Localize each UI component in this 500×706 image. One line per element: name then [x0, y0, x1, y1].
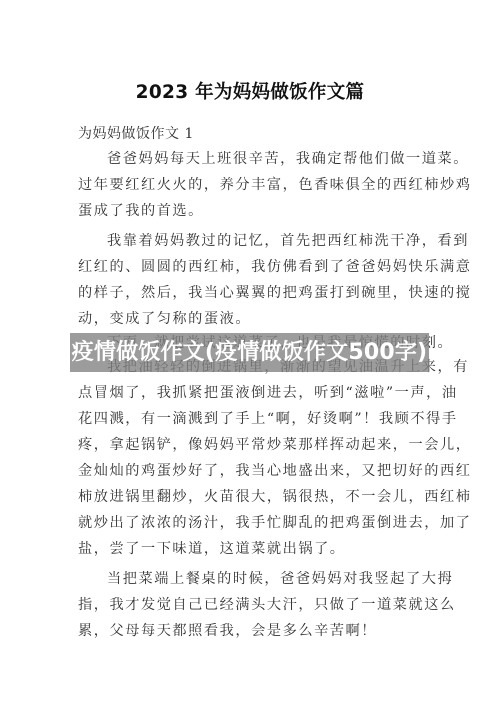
text-line: 就炒出了浓浓的汤汁，我手忙脚乱的把鸡蛋倒进去，加了 [78, 514, 426, 532]
text-line: 点冒烟了，我抓紧把蛋液倒进去，听到“滋啦”一声，油 [78, 384, 426, 402]
text-line: 盐，尝了一下味道，这道菜就出锅了。 [78, 540, 426, 558]
text-line: 过年要红红火火的，养分丰富，色香味俱全的西红柿炒鸡 [78, 176, 426, 194]
text-line: 疼，拿起锅铲，像妈妈平常炒菜那样挥动起来，一会儿， [78, 436, 426, 454]
text-line: 柿放进锅里翻炒，火苗很大，锅很热，不一会儿，西红柿 [78, 488, 426, 506]
text-line: 指，我才发觉自己已经满头大汗，只做了一道菜就这么 [78, 596, 426, 614]
overlay-banner-title: 疫情做饭作文(疫情做饭作文500字) [70, 333, 429, 372]
essay-subtitle: 为妈妈做饭作文 1 [78, 123, 194, 143]
text-line: 花四溅，有一滴溅到了手上“啊，好烫啊”！我顾不得手 [78, 410, 426, 428]
document-title: 2023 年为妈妈做饭作文篇 [0, 78, 500, 104]
text-line: 累，父母每天都照看我，会是多么辛苦啊！ [78, 622, 426, 640]
text-line: 爸爸妈妈每天上班很辛苦，我确定帮他们做一道菜。 [107, 150, 426, 168]
text-line: 红红的、圆圆的西红柿，我仿佛看到了爸爸妈妈快乐满意 [78, 258, 426, 276]
text-line: 动，变成了匀称的蛋液。 [78, 310, 426, 328]
text-line: 金灿灿的鸡蛋炒好了，我当心地盛出来，又把切好的西红 [78, 462, 426, 480]
text-line: 的样子，然后，我当心翼翼的把鸡蛋打到碗里，快速的搅 [78, 284, 426, 302]
text-line: 当把菜端上餐桌的时候，爸爸妈妈对我竖起了大拇 [107, 570, 426, 588]
text-line: 我靠着妈妈教过的记忆，首先把西红柿洗干净，看到 [107, 232, 426, 250]
text-line: 蛋成了我的首选。 [78, 202, 426, 220]
